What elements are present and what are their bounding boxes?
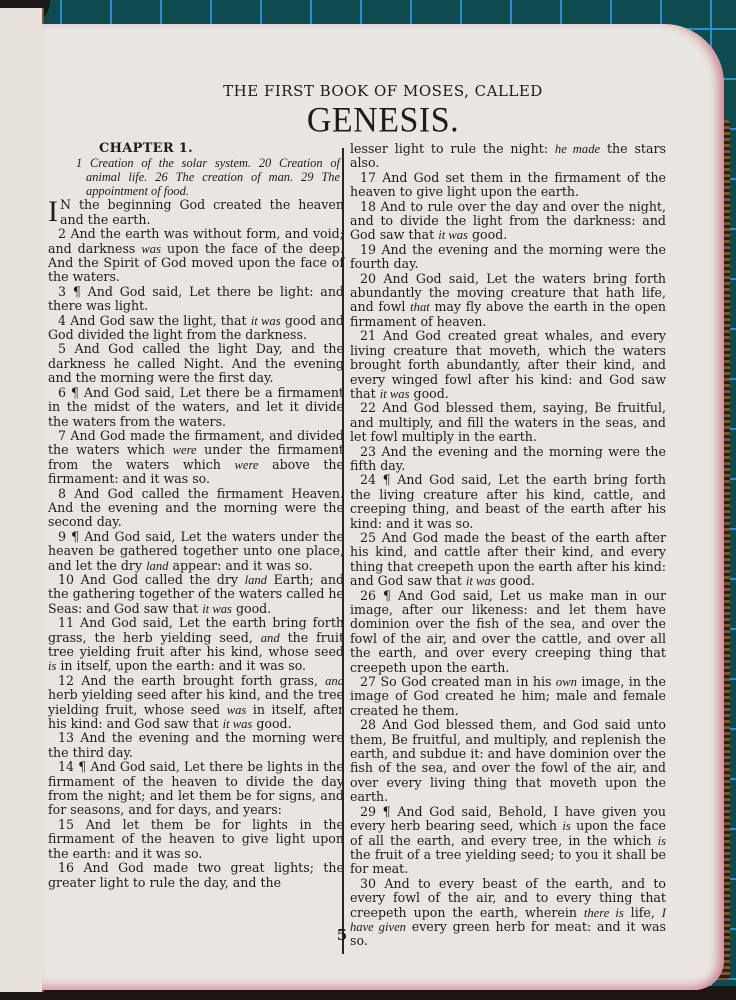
verse-16: 16 And God made two great lights; the gr… — [48, 861, 344, 890]
verse-text: And the earth brought forth grass, and h… — [48, 673, 344, 731]
verse-text: And to rule over the day and over the ni… — [350, 199, 666, 243]
book-subtitle: THE FIRST BOOK OF MOSES, CALLED — [42, 82, 724, 100]
verse-number: 19 — [360, 242, 381, 257]
chapter-summary: 1 Creation of the solar system. 20 Creat… — [70, 156, 340, 198]
verse-23: 23 And the evening and the morning were … — [350, 445, 666, 474]
verse-number: 20 — [360, 271, 383, 286]
verse-16-continuation: lesser light to rule the night: he made … — [350, 142, 666, 171]
verse-number: 12 — [58, 673, 81, 688]
verse-19: 19 And the evening and the morning were … — [350, 243, 666, 272]
verse-number: 23 — [360, 444, 381, 459]
verse-number: 24 — [360, 472, 383, 487]
verse-10: 10 And God called the dry land Earth; an… — [48, 573, 344, 616]
verse-number: 11 — [58, 615, 80, 630]
left-column: CHAPTER 1. 1 Creation of the solar syste… — [42, 142, 344, 890]
verse-25: 25 And God made the beast of the earth a… — [350, 531, 666, 589]
right-verse-list: 17 And God set them in the firmament of … — [350, 171, 666, 949]
verse-text: And the earth was without form, and void… — [48, 226, 344, 284]
verse-text: And God blessed them, saying, Be fruitfu… — [350, 400, 666, 444]
verse-text: And the evening and the morning were the… — [350, 242, 666, 271]
verse-text: And God called the dry land Earth; and t… — [48, 572, 344, 616]
verse-21: 21 And God created great whales, and eve… — [350, 329, 666, 401]
left-verse-list: 2 And the earth was without form, and vo… — [48, 227, 344, 890]
verse-text: And God said, Let the earth bring forth … — [48, 615, 344, 673]
verse-15: 15 And let them be for lights in the fir… — [48, 818, 344, 861]
verse-24: 24 ¶ And God said, Let the earth bring f… — [350, 473, 666, 531]
verse-text: And let them be for lights in the firmam… — [48, 817, 344, 861]
verse-29: 29 ¶ And God said, Behold, I have given … — [350, 805, 666, 877]
verse-14: 14 ¶ And God said, Let there be lights i… — [48, 760, 344, 818]
verse-12: 12 And the earth brought forth grass, an… — [48, 674, 344, 732]
verse-number: 16 — [58, 860, 83, 875]
verse-17: 17 And God set them in the firmament of … — [350, 171, 666, 200]
verse-27: 27 So God created man in his own image, … — [350, 675, 666, 718]
verse-2: 2 And the earth was without form, and vo… — [48, 227, 344, 285]
verse-text: And God said, Let the waters bring forth… — [350, 271, 666, 329]
right-column: lesser light to rule the night: he made … — [346, 142, 666, 949]
verse-18: 18 And to rule over the day and over the… — [350, 200, 666, 243]
verse-text: So God created man in his own image, in … — [350, 674, 666, 718]
verse-number: 17 — [360, 170, 382, 185]
verse-text: And God called the firmament Heaven. And… — [48, 486, 344, 530]
verse-text: ¶ And God said, Behold, I have given you… — [350, 804, 666, 877]
verse-text: And God saw the light, that it was good … — [48, 313, 344, 342]
verse-28: 28 And God blessed them, and God said un… — [350, 718, 666, 804]
verse-5: 5 And God called the light Day, and the … — [48, 342, 344, 385]
verse-text: And God created great whales, and every … — [350, 328, 666, 401]
verse-number: 27 — [360, 674, 380, 689]
verse-number: 14 — [58, 759, 78, 774]
verse-number: 28 — [360, 717, 382, 732]
verse-1: IN the beginning God created the heaven … — [48, 198, 344, 227]
verse-8: 8 And God called the firmament Heaven. A… — [48, 487, 344, 530]
verse-text: N the beginning God created the heaven a… — [60, 197, 344, 226]
verse-number: 26 — [360, 588, 383, 603]
verse-number: 30 — [360, 876, 384, 891]
page-number: 5 — [42, 926, 642, 944]
verse-number: 25 — [360, 530, 382, 545]
verse-number: 7 — [58, 428, 70, 443]
verse-number: 4 — [58, 313, 70, 328]
verse-text: And God set them in the firmament of the… — [350, 170, 666, 199]
verse-number: 2 — [58, 226, 70, 241]
column-divider — [342, 148, 344, 954]
verse-number: 6 — [58, 385, 71, 400]
verse-text: And God made two great lights; the great… — [48, 860, 344, 889]
verse-6: 6 ¶ And God said, Let there be a firmame… — [48, 386, 344, 429]
verse-number: 13 — [58, 730, 80, 745]
verse-text: ¶ And God said, Let there be a firmament… — [48, 385, 344, 429]
verse-number: 15 — [58, 817, 86, 832]
verse-text: And God made the firmament, and divided … — [48, 428, 344, 486]
verse-22: 22 And God blessed them, saying, Be frui… — [350, 401, 666, 444]
verse-number: 5 — [58, 341, 74, 356]
verse-13: 13 And the evening and the morning were … — [48, 731, 344, 760]
verse-7: 7 And God made the firmament, and divide… — [48, 429, 344, 487]
verse-number: 8 — [58, 486, 74, 501]
verse-11: 11 And God said, Let the earth bring for… — [48, 616, 344, 674]
verse-text: ¶ And God said, Let there be light: and … — [48, 284, 344, 313]
verse-number: 10 — [58, 572, 81, 587]
drop-cap: I — [48, 199, 58, 225]
verse-text: And God made the beast of the earth afte… — [350, 530, 666, 588]
verse-20: 20 And God said, Let the waters bring fo… — [350, 272, 666, 330]
verse-text: ¶ And God said, Let the waters under the… — [48, 529, 344, 573]
verse-number: 29 — [360, 804, 383, 819]
verse-9: 9 ¶ And God said, Let the waters under t… — [48, 530, 344, 573]
book-title: GENESIS. — [42, 101, 724, 141]
verse-text: ¶ And God said, Let us make man in our i… — [350, 588, 666, 675]
chapter-heading: CHAPTER 1. — [0, 142, 344, 156]
verse-number: 3 — [58, 284, 73, 299]
verse-text: ¶ And God said, Let the earth bring fort… — [350, 472, 666, 530]
verse-number: 21 — [360, 328, 383, 343]
verse-number: 18 — [360, 199, 381, 214]
bible-page: THE FIRST BOOK OF MOSES, CALLED GENESIS.… — [42, 24, 724, 990]
verse-number: 9 — [58, 529, 71, 544]
verse-text: And God called the light Day, and the da… — [48, 341, 344, 385]
verse-text: And God blessed them, and God said unto … — [350, 717, 666, 804]
verse-text: And the evening and the morning were the… — [48, 730, 344, 759]
verse-3: 3 ¶ And God said, Let there be light: an… — [48, 285, 344, 314]
verse-26: 26 ¶ And God said, Let us make man in ou… — [350, 589, 666, 675]
verse-number: 22 — [360, 400, 382, 415]
verse-text: And the evening and the morning were the… — [350, 444, 666, 473]
verse-text: ¶ And God said, Let there be lights in t… — [48, 759, 344, 817]
verse-4: 4 And God saw the light, that it was goo… — [48, 314, 344, 343]
